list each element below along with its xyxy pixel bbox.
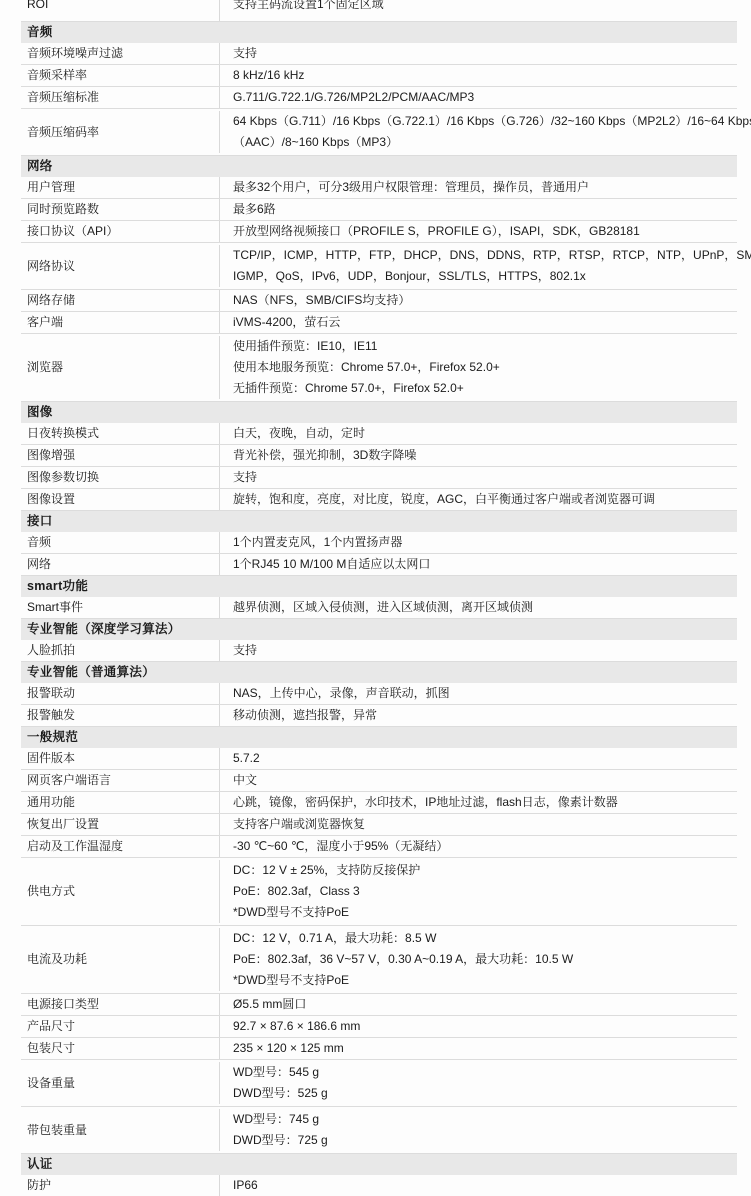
spec-value: 支持 bbox=[220, 43, 737, 64]
spec-value-line: IGMP，QoS，IPv6，UDP，Bonjour，SSL/TLS，HTTPS，… bbox=[233, 266, 751, 287]
spec-label-text: 恢复出厂设置 bbox=[27, 814, 213, 835]
spec-value-line: 支持主码流设置1个固定区域 bbox=[233, 0, 729, 15]
spec-row: 网页客户端语言中文 bbox=[21, 770, 737, 792]
spec-label: 网络协议 bbox=[21, 245, 220, 287]
spec-value-line: IP66 bbox=[233, 1175, 729, 1196]
spec-label-text: 带包装重量 bbox=[27, 1120, 213, 1141]
spec-value: -30 ℃~60 ℃，湿度小于95%（无凝结） bbox=[220, 836, 737, 857]
spec-value: 中文 bbox=[220, 770, 737, 791]
spec-value-line: 背光补偿，强光抑制，3D数字降噪 bbox=[233, 445, 729, 466]
spec-value: 开放型网络视频接口（PROFILE S，PROFILE G），ISAPI，SDK… bbox=[220, 221, 737, 242]
spec-row: 音频1个内置麦克风，1个内置扬声器 bbox=[21, 532, 737, 554]
spec-row: 接口协议（API）开放型网络视频接口（PROFILE S，PROFILE G），… bbox=[21, 221, 737, 243]
spec-value-line: NAS，上传中心，录像，声音联动，抓图 bbox=[233, 683, 729, 704]
spec-value: 支持 bbox=[220, 640, 737, 661]
spec-row: 音频采样率8 kHz/16 kHz bbox=[21, 65, 737, 87]
spec-value: 64 Kbps（G.711）/16 Kbps（G.722.1）/16 Kbps（… bbox=[220, 111, 751, 153]
spec-label: 供电方式 bbox=[21, 860, 220, 923]
spec-row: 报警触发移动侦测，遮挡报警，异常 bbox=[21, 705, 737, 727]
spec-value-line: 8 kHz/16 kHz bbox=[233, 65, 729, 86]
spec-label-text: 音频环境噪声过滤 bbox=[27, 43, 213, 64]
section-header: 认证 bbox=[21, 1154, 737, 1175]
spec-value-line: 235 × 120 × 125 mm bbox=[233, 1038, 729, 1059]
spec-value: 支持 bbox=[220, 467, 737, 488]
spec-label-text: 日夜转换模式 bbox=[27, 423, 213, 444]
spec-label-text: 浏览器 bbox=[27, 357, 213, 378]
spec-row: 固件版本5.7.2 bbox=[21, 748, 737, 770]
spec-value: IP66 bbox=[220, 1175, 737, 1196]
spec-label-text: 产品尺寸 bbox=[27, 1016, 213, 1037]
section-header: 接口 bbox=[21, 511, 737, 532]
spec-label: 防护 bbox=[21, 1175, 220, 1196]
spec-value-line: 移动侦测，遮挡报警，异常 bbox=[233, 705, 729, 726]
spec-label: 接口协议（API） bbox=[21, 221, 220, 242]
spec-value: 1个内置麦克风，1个内置扬声器 bbox=[220, 532, 737, 553]
spec-label-text: 网络协议 bbox=[27, 256, 213, 277]
spec-value-line: 64 Kbps（G.711）/16 Kbps（G.722.1）/16 Kbps（… bbox=[233, 111, 751, 132]
spec-value-line: （AAC）/8~160 Kbps（MP3） bbox=[233, 132, 751, 153]
spec-label: 电流及功耗 bbox=[21, 928, 220, 991]
spec-label: 音频环境噪声过滤 bbox=[21, 43, 220, 64]
section-header: 网络 bbox=[21, 156, 737, 177]
spec-row: 人脸抓拍支持 bbox=[21, 640, 737, 662]
spec-value-line: 最多32个用户，可分3级用户权限管理：管理员，操作员，普通用户 bbox=[233, 177, 729, 198]
spec-row: ROI支持主码流设置1个固定区域 bbox=[21, 0, 737, 22]
spec-value: 使用插件预览：IE10，IE11使用本地服务预览：Chrome 57.0+，Fi… bbox=[220, 336, 737, 399]
spec-value: WD型号：545 gDWD型号：525 g bbox=[220, 1062, 737, 1104]
spec-value: 支持客户端或浏览器恢复 bbox=[220, 814, 737, 835]
spec-row: 带包装重量WD型号：745 gDWD型号：725 g bbox=[21, 1107, 737, 1154]
spec-label: 产品尺寸 bbox=[21, 1016, 220, 1037]
spec-row: 防护IP66 bbox=[21, 1175, 737, 1196]
spec-row: 恢复出厂设置支持客户端或浏览器恢复 bbox=[21, 814, 737, 836]
spec-value-line: 心跳，镜像，密码保护，水印技术，IP地址过滤，flash日志，像素计数器 bbox=[233, 792, 729, 813]
spec-value-line: iVMS-4200，萤石云 bbox=[233, 312, 729, 333]
spec-value: 背光补偿，强光抑制，3D数字降噪 bbox=[220, 445, 737, 466]
spec-label-text: 图像增强 bbox=[27, 445, 213, 466]
spec-value: 最多6路 bbox=[220, 199, 737, 220]
spec-value: TCP/IP，ICMP，HTTP，FTP，DHCP，DNS，DDNS，RTP，R… bbox=[220, 245, 751, 287]
spec-value: G.711/G.722.1/G.726/MP2L2/PCM/AAC/MP3 bbox=[220, 87, 737, 108]
spec-value-line: 最多6路 bbox=[233, 199, 729, 220]
spec-label-text: 网页客户端语言 bbox=[27, 770, 213, 791]
spec-label-text: 音频压缩标准 bbox=[27, 87, 213, 108]
spec-value-line: WD型号：545 g bbox=[233, 1062, 729, 1083]
section-header: 音频 bbox=[21, 22, 737, 43]
spec-row: 日夜转换模式白天，夜晚，自动，定时 bbox=[21, 423, 737, 445]
spec-value-line: 92.7 × 87.6 × 186.6 mm bbox=[233, 1016, 729, 1037]
spec-label-text: 电源接口类型 bbox=[27, 994, 213, 1015]
spec-table: ROI支持主码流设置1个固定区域音频音频环境噪声过滤支持音频采样率8 kHz/1… bbox=[21, 0, 737, 1196]
spec-row: 电源接口类型Ø5.5 mm圆口 bbox=[21, 994, 737, 1016]
spec-value-line: DC：12 V ± 25%，支持防反接保护 bbox=[233, 860, 729, 881]
spec-label-text: 供电方式 bbox=[27, 881, 213, 902]
spec-label-text: 音频采样率 bbox=[27, 65, 213, 86]
spec-label-text: 用户管理 bbox=[27, 177, 213, 198]
spec-label: 用户管理 bbox=[21, 177, 220, 198]
spec-label-text: 启动及工作温湿度 bbox=[27, 836, 213, 857]
spec-value: 235 × 120 × 125 mm bbox=[220, 1038, 737, 1059]
spec-label: 同时预览路数 bbox=[21, 199, 220, 220]
spec-row: 图像设置旋转，饱和度，亮度，对比度，锐度，AGC，白平衡通过客户端或者浏览器可调 bbox=[21, 489, 737, 511]
spec-value: 移动侦测，遮挡报警，异常 bbox=[220, 705, 737, 726]
spec-label-text: 图像参数切换 bbox=[27, 467, 213, 488]
section-header: 图像 bbox=[21, 402, 737, 423]
spec-value-line: -30 ℃~60 ℃，湿度小于95%（无凝结） bbox=[233, 836, 729, 857]
spec-value-line: 开放型网络视频接口（PROFILE S，PROFILE G），ISAPI，SDK… bbox=[233, 221, 729, 242]
spec-label: 启动及工作温湿度 bbox=[21, 836, 220, 857]
spec-value: 5.7.2 bbox=[220, 748, 737, 769]
spec-row: Smart事件越界侦测，区域入侵侦测，进入区域侦测，离开区域侦测 bbox=[21, 597, 737, 619]
spec-value-line: PoE：802.3af，36 V~57 V，0.30 A~0.19 A，最大功耗… bbox=[233, 949, 729, 970]
spec-value-line: 5.7.2 bbox=[233, 748, 729, 769]
spec-label-text: 音频 bbox=[27, 532, 213, 553]
spec-label-text: 报警联动 bbox=[27, 683, 213, 704]
spec-row: 图像增强背光补偿，强光抑制，3D数字降噪 bbox=[21, 445, 737, 467]
spec-value: NAS（NFS，SMB/CIFS均支持） bbox=[220, 290, 737, 311]
spec-row: 音频环境噪声过滤支持 bbox=[21, 43, 737, 65]
spec-row: 音频压缩码率64 Kbps（G.711）/16 Kbps（G.722.1）/16… bbox=[21, 109, 737, 156]
spec-value-line: DWD型号：725 g bbox=[233, 1130, 729, 1151]
spec-value-line: 无插件预览：Chrome 57.0+，Firefox 52.0+ bbox=[233, 378, 729, 399]
spec-label: 网页客户端语言 bbox=[21, 770, 220, 791]
spec-value: 旋转，饱和度，亮度，对比度，锐度，AGC，白平衡通过客户端或者浏览器可调 bbox=[220, 489, 737, 510]
spec-row: 用户管理最多32个用户，可分3级用户权限管理：管理员，操作员，普通用户 bbox=[21, 177, 737, 199]
spec-value: 92.7 × 87.6 × 186.6 mm bbox=[220, 1016, 737, 1037]
spec-value-line: DC：12 V，0.71 A，最大功耗：8.5 W bbox=[233, 928, 729, 949]
spec-value-line: PoE：802.3af，Class 3 bbox=[233, 881, 729, 902]
spec-value: WD型号：745 gDWD型号：725 g bbox=[220, 1109, 737, 1151]
spec-value: DC：12 V，0.71 A，最大功耗：8.5 WPoE：802.3af，36 … bbox=[220, 928, 737, 991]
spec-value-line: 中文 bbox=[233, 770, 729, 791]
section-header: smart功能 bbox=[21, 576, 737, 597]
spec-value-line: TCP/IP，ICMP，HTTP，FTP，DHCP，DNS，DDNS，RTP，R… bbox=[233, 245, 751, 266]
spec-row: 浏览器使用插件预览：IE10，IE11使用本地服务预览：Chrome 57.0+… bbox=[21, 334, 737, 402]
spec-label-text: 同时预览路数 bbox=[27, 199, 213, 220]
spec-label-text: 图像设置 bbox=[27, 489, 213, 510]
spec-label: 音频 bbox=[21, 532, 220, 553]
spec-label: 客户端 bbox=[21, 312, 220, 333]
spec-label-text: 接口协议（API） bbox=[27, 221, 213, 242]
section-header: 专业智能（普通算法） bbox=[21, 662, 737, 683]
spec-value-line: 1个内置麦克风，1个内置扬声器 bbox=[233, 532, 729, 553]
spec-row: 图像参数切换支持 bbox=[21, 467, 737, 489]
spec-label: 恢复出厂设置 bbox=[21, 814, 220, 835]
spec-label: Smart事件 bbox=[21, 597, 220, 618]
spec-label-text: 人脸抓拍 bbox=[27, 640, 213, 661]
spec-label: 音频压缩码率 bbox=[21, 111, 220, 153]
spec-row: 产品尺寸92.7 × 87.6 × 186.6 mm bbox=[21, 1016, 737, 1038]
spec-label-text: 网络 bbox=[27, 554, 213, 575]
spec-value: DC：12 V ± 25%，支持防反接保护PoE：802.3af，Class 3… bbox=[220, 860, 737, 923]
spec-value: Ø5.5 mm圆口 bbox=[220, 994, 737, 1015]
spec-value-line: 越界侦测，区域入侵侦测，进入区域侦测，离开区域侦测 bbox=[233, 597, 729, 618]
spec-row: 启动及工作温湿度-30 ℃~60 ℃，湿度小于95%（无凝结） bbox=[21, 836, 737, 858]
spec-label: 日夜转换模式 bbox=[21, 423, 220, 444]
spec-label-text: 设备重量 bbox=[27, 1073, 213, 1094]
spec-value: 越界侦测，区域入侵侦测，进入区域侦测，离开区域侦测 bbox=[220, 597, 737, 618]
spec-value-line: NAS（NFS，SMB/CIFS均支持） bbox=[233, 290, 729, 311]
spec-label: 音频压缩标准 bbox=[21, 87, 220, 108]
spec-row: 包装尺寸235 × 120 × 125 mm bbox=[21, 1038, 737, 1060]
spec-label: 电源接口类型 bbox=[21, 994, 220, 1015]
spec-row: 音频压缩标准G.711/G.722.1/G.726/MP2L2/PCM/AAC/… bbox=[21, 87, 737, 109]
spec-value-line: Ø5.5 mm圆口 bbox=[233, 994, 729, 1015]
spec-value: 支持主码流设置1个固定区域 bbox=[220, 0, 737, 21]
spec-row: 供电方式DC：12 V ± 25%，支持防反接保护PoE：802.3af，Cla… bbox=[21, 858, 737, 926]
spec-value-line: DWD型号：525 g bbox=[233, 1083, 729, 1104]
spec-label: 图像参数切换 bbox=[21, 467, 220, 488]
spec-value-line: 白天，夜晚，自动，定时 bbox=[233, 423, 729, 444]
spec-row: 网络1个RJ45 10 M/100 M自适应以太网口 bbox=[21, 554, 737, 576]
spec-label: 通用功能 bbox=[21, 792, 220, 813]
spec-label: 固件版本 bbox=[21, 748, 220, 769]
spec-value-line: 支持 bbox=[233, 467, 729, 488]
spec-value: 1个RJ45 10 M/100 M自适应以太网口 bbox=[220, 554, 737, 575]
spec-sheet: ROI支持主码流设置1个固定区域音频音频环境噪声过滤支持音频采样率8 kHz/1… bbox=[0, 0, 751, 1196]
spec-label-text: 防护 bbox=[27, 1175, 213, 1196]
spec-row: 客户端iVMS-4200，萤石云 bbox=[21, 312, 737, 334]
spec-value: 最多32个用户，可分3级用户权限管理：管理员，操作员，普通用户 bbox=[220, 177, 737, 198]
spec-label: 报警联动 bbox=[21, 683, 220, 704]
spec-label-text: 音频压缩码率 bbox=[27, 122, 213, 143]
spec-value-line: 1个RJ45 10 M/100 M自适应以太网口 bbox=[233, 554, 729, 575]
spec-label-text: ROI bbox=[27, 0, 213, 15]
spec-label: 浏览器 bbox=[21, 336, 220, 399]
spec-value-line: 旋转，饱和度，亮度，对比度，锐度，AGC，白平衡通过客户端或者浏览器可调 bbox=[233, 489, 729, 510]
spec-row: 同时预览路数最多6路 bbox=[21, 199, 737, 221]
spec-label-text: 报警触发 bbox=[27, 705, 213, 726]
spec-label: 图像增强 bbox=[21, 445, 220, 466]
spec-label: 网络 bbox=[21, 554, 220, 575]
spec-label-text: 固件版本 bbox=[27, 748, 213, 769]
spec-label: 报警触发 bbox=[21, 705, 220, 726]
spec-label-text: 客户端 bbox=[27, 312, 213, 333]
spec-value-line: *DWD型号不支持PoE bbox=[233, 902, 729, 923]
spec-row: 通用功能心跳，镜像，密码保护，水印技术，IP地址过滤，flash日志，像素计数器 bbox=[21, 792, 737, 814]
spec-value-line: 支持 bbox=[233, 640, 729, 661]
spec-value-line: 支持 bbox=[233, 43, 729, 64]
spec-label-text: 通用功能 bbox=[27, 792, 213, 813]
spec-label: 包装尺寸 bbox=[21, 1038, 220, 1059]
spec-value: 白天，夜晚，自动，定时 bbox=[220, 423, 737, 444]
spec-value: NAS，上传中心，录像，声音联动，抓图 bbox=[220, 683, 737, 704]
spec-label-text: 电流及功耗 bbox=[27, 949, 213, 970]
spec-value-line: G.711/G.722.1/G.726/MP2L2/PCM/AAC/MP3 bbox=[233, 87, 729, 108]
spec-row: 网络协议TCP/IP，ICMP，HTTP，FTP，DHCP，DNS，DDNS，R… bbox=[21, 243, 737, 290]
spec-value-line: 使用本地服务预览：Chrome 57.0+，Firefox 52.0+ bbox=[233, 357, 729, 378]
spec-value: 8 kHz/16 kHz bbox=[220, 65, 737, 86]
spec-row: 电流及功耗DC：12 V，0.71 A，最大功耗：8.5 WPoE：802.3a… bbox=[21, 926, 737, 994]
spec-label: ROI bbox=[21, 0, 220, 21]
spec-label-text: Smart事件 bbox=[27, 597, 213, 618]
spec-value: 心跳，镜像，密码保护，水印技术，IP地址过滤，flash日志，像素计数器 bbox=[220, 792, 737, 813]
spec-row: 网络存储NAS（NFS，SMB/CIFS均支持） bbox=[21, 290, 737, 312]
spec-value-line: *DWD型号不支持PoE bbox=[233, 970, 729, 991]
spec-label: 图像设置 bbox=[21, 489, 220, 510]
spec-label: 设备重量 bbox=[21, 1062, 220, 1104]
section-header: 一般规范 bbox=[21, 727, 737, 748]
spec-label-text: 包装尺寸 bbox=[27, 1038, 213, 1059]
spec-label: 人脸抓拍 bbox=[21, 640, 220, 661]
spec-value-line: 支持客户端或浏览器恢复 bbox=[233, 814, 729, 835]
spec-row: 设备重量WD型号：545 gDWD型号：525 g bbox=[21, 1060, 737, 1107]
spec-label-text: 网络存储 bbox=[27, 290, 213, 311]
spec-label: 音频采样率 bbox=[21, 65, 220, 86]
spec-value-line: WD型号：745 g bbox=[233, 1109, 729, 1130]
spec-row: 报警联动NAS，上传中心，录像，声音联动，抓图 bbox=[21, 683, 737, 705]
spec-value: iVMS-4200，萤石云 bbox=[220, 312, 737, 333]
spec-label: 网络存储 bbox=[21, 290, 220, 311]
spec-label: 带包装重量 bbox=[21, 1109, 220, 1151]
spec-value-line: 使用插件预览：IE10，IE11 bbox=[233, 336, 729, 357]
section-header: 专业智能（深度学习算法） bbox=[21, 619, 737, 640]
